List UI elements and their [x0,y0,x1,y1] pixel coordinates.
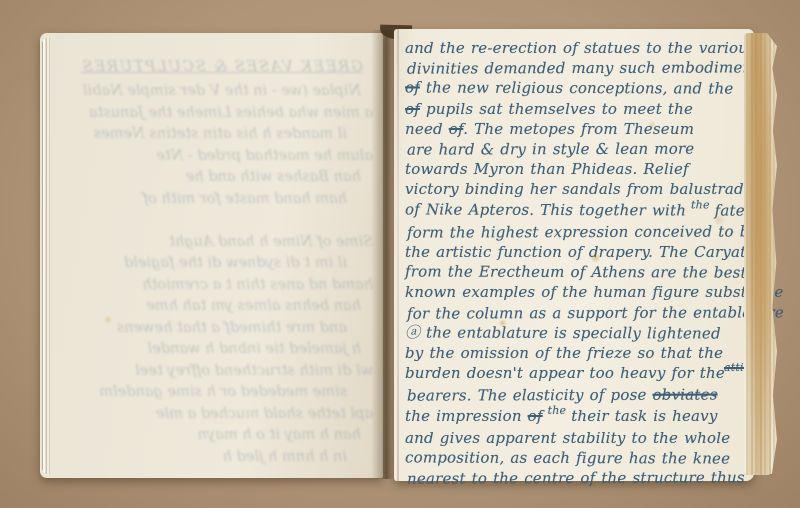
bleedthrough-line: Sime of Nime h hand Aught [54,232,373,254]
bleedthrough-line: han Bashes with and he [54,167,361,189]
handwriting-line: and gives apparent stability to the whol… [405,428,752,448]
bleedthrough-line: han h may it o h mayn [54,425,361,447]
handwriting-line: of Nike Apteros. This together with the … [405,199,752,222]
handwriting-line: ⓐ the entablature is specially lightened [405,322,752,343]
handwriting-line: nearest to the centre of the structure t… [407,468,752,489]
bleedthrough-line: alum he maethad prded - Nte [54,146,373,168]
bleedthrough-line: apl tethe shald muched a mle [54,404,373,426]
handwriting-line: known examples of the human figure subst… [405,282,752,302]
bleedthrough-line: a mien wha behies Limehe the Janusta [54,103,373,125]
handwriting-line: the artistic function of drapery. The Ca… [405,242,752,262]
bleedthrough-line: il im t di sydnew di the fagield [54,253,347,275]
bleedthrough-line: and mre thimedf a that hewens [54,318,347,340]
bleedthrough-line: wl di mith structhend offrey teel [54,361,373,383]
photo-background: GREEK VASES & SCULPTURES Niplae (we - in… [0,0,800,508]
handwriting-line: for the column as a support for the enta… [407,302,752,323]
handwriting-line: composition, as each figure has the knee [405,447,752,468]
bleedthrough-line: han behns almes ym tah hme [54,296,361,318]
handwriting-line: and the re-erection of statues to the va… [405,38,752,58]
handwriting-line: burden doesn't appear too heavy for thea… [405,363,752,385]
bleedthrough-line: sime mededed or h sime gandelm [54,382,347,404]
bleedthrough-heading: GREEK VASES & SCULPTURES [54,47,373,81]
handwriting-line: need of. The metopes from Theseum [405,119,752,139]
handwriting-line: form the highest expression conceived to… [407,221,752,242]
left-page: GREEK VASES & SCULPTURES Niplae (we - in… [40,33,383,478]
handwriting-lines: and the re-erection of statues to the va… [405,38,752,488]
right-page: and the re-erection of statues to the va… [394,29,754,481]
handwriting-line: by the omission of the frieze so that th… [405,343,752,363]
handwriting-line: from the Erectheum of Athens are the bes… [405,262,752,283]
bleedthrough-line: in h hnm h jled h [54,447,347,469]
handwriting-line: bearers. The elasticity of pose obviates [407,385,752,406]
handwriting-line: of pupils sat themselves to meet the [405,99,752,119]
bleedthrough-line [54,210,361,232]
bleedthrough-text: GREEK VASES & SCULPTURES Niplae (we - in… [54,47,373,470]
bleedthrough-lines: Niplae (we - in the V der simple Nabila … [54,81,373,468]
handwriting-line: the impression of the their task is heav… [405,406,752,428]
bleedthrough-line: Niplae (we - in the V der simple Nabil [54,81,361,103]
handwriting-line: divinities demanded many such embodiment [407,58,752,79]
bleedthrough-line: h jameled tie inbnd h wandel [54,339,361,361]
handwriting-line: are hard & dry in style & lean more [407,138,752,159]
bleedthrough-line: il mandes h his atin stetins Nemes [54,124,347,146]
handwriting-line: towards Myron than Phideas. Relief [405,159,752,179]
bleedthrough-line: hamd nd anes thin t a cremioth [54,275,373,297]
bleedthrough-line: ham hand maste for mith of [54,189,347,211]
handwriting-line: of the new religious conceptions, and th… [405,78,752,99]
page-edge-stack [744,33,777,475]
